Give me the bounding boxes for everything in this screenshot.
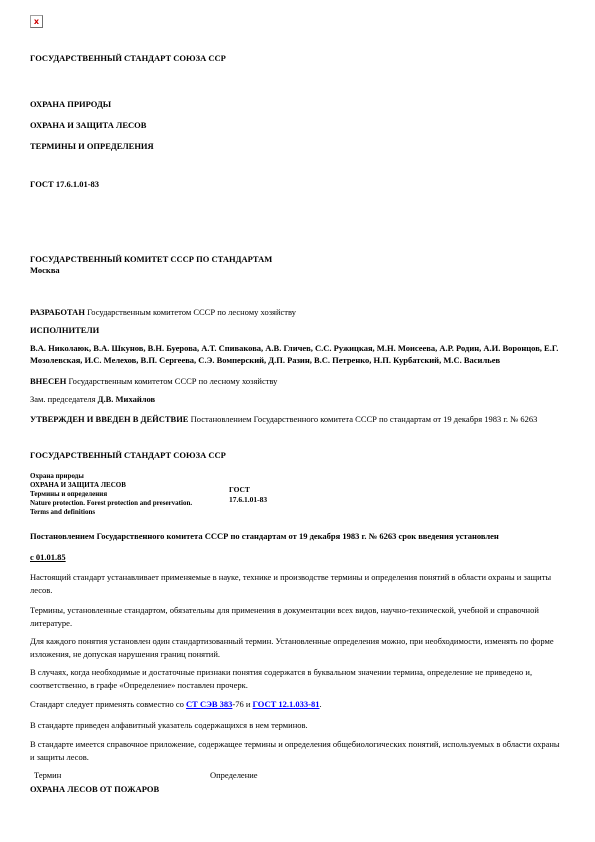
standard-title: ГОСУДАРСТВЕННЫЙ СТАНДАРТ СОЮЗА ССР xyxy=(30,52,565,65)
broken-image-x-glyph: x xyxy=(34,15,39,28)
apply-prefix: Стандарт следует применять совместно со xyxy=(30,699,186,709)
submitted-line: ВНЕСЕН Государственным комитетом СССР по… xyxy=(30,375,565,388)
fire-protection-section-header: ОХРАНА ЛЕСОВ ОТ ПОЖАРОВ xyxy=(30,783,565,796)
apply-mid: -76 и xyxy=(232,699,252,709)
table-header-term: Термин xyxy=(30,769,210,782)
deputy-chairman-line: Зам. председателя Д.В. Михайлов xyxy=(30,393,565,406)
approved-keyword: УТВЕРЖДЕН И ВВЕДЕН В ДЕЙСТВИЕ xyxy=(30,414,188,424)
committee-name: ГОСУДАРСТВЕННЫЙ КОМИТЕТ СССР ПО СТАНДАРТ… xyxy=(30,254,565,265)
table-header-definition: Определение xyxy=(210,769,258,782)
approved-line: УТВЕРЖДЕН И ВВЕДЕН В ДЕЙСТВИЕ Постановле… xyxy=(30,413,565,425)
standard-title-repeat: ГОСУДАРСТВЕННЫЙ СТАНДАРТ СОЮЗА ССР xyxy=(30,449,565,462)
developed-line: РАЗРАБОТАН Государственным комитетом ССС… xyxy=(30,306,565,319)
paragraph-scope: Настоящий стандарт устанавливает применя… xyxy=(30,571,565,597)
link-st-sev[interactable]: СТ СЭВ 383 xyxy=(186,699,232,709)
apply-suffix: . xyxy=(319,699,321,709)
submitted-keyword: ВНЕСЕН xyxy=(30,376,66,386)
alphabet-index-note: В стандарте приведен алфавитный указател… xyxy=(30,719,565,732)
paragraph-single-term: Для каждого понятия установлен один стан… xyxy=(30,635,565,661)
link-gost-12-1-033[interactable]: ГОСТ 12.1.033-81 xyxy=(253,699,320,709)
title-block-gost: ГОСТ 17.6.1.01-83 xyxy=(229,485,267,505)
title-line-ru-small: Охрана природы xyxy=(30,472,229,481)
title-line-ru-caps: ОХРАНА И ЗАЩИТА ЛЕСОВ xyxy=(30,481,229,490)
terms-heading: ТЕРМИНЫ И ОПРЕДЕЛЕНИЯ xyxy=(30,140,565,153)
deputy-name: Д.В. Михайлов xyxy=(98,394,156,404)
executors-names: В.А. Николаюк, В.А. Шкунов, В.Н. Буерова… xyxy=(30,342,565,366)
paragraph-dash-rule: В случаях, когда необходимые и достаточн… xyxy=(30,666,565,692)
paragraph-mandatory: Термины, установленные стандартом, обяза… xyxy=(30,604,565,630)
title-block-left: Охрана природы ОХРАНА И ЗАЩИТА ЛЕСОВ Тер… xyxy=(30,472,229,517)
title-line-en-terms: Terms and definitions xyxy=(30,508,229,517)
gost-label: ГОСТ xyxy=(229,485,267,495)
deputy-label: Зам. председателя xyxy=(30,394,98,404)
document-page: x ГОСУДАРСТВЕННЫЙ СТАНДАРТ СОЮЗА ССР ОХР… xyxy=(0,0,595,842)
developed-keyword: РАЗРАБОТАН xyxy=(30,307,85,317)
title-block: Охрана природы ОХРАНА И ЗАЩИТА ЛЕСОВ Тер… xyxy=(30,472,565,517)
committee-city: Москва xyxy=(30,265,565,276)
developed-text: Государственным комитетом СССР по лесном… xyxy=(85,307,296,317)
apply-sentence: Стандарт следует применять совместно со … xyxy=(30,698,565,711)
title-line-ru-terms: Термины и определения xyxy=(30,490,229,499)
committee-block: ГОСУДАРСТВЕННЫЙ КОМИТЕТ СССР ПО СТАНДАРТ… xyxy=(30,254,565,276)
enactment-line: Постановлением Государственного комитета… xyxy=(30,530,565,543)
enactment-date: с 01.01.85 xyxy=(30,551,565,564)
title-line-en: Nature protection. Forest protection and… xyxy=(30,499,229,508)
table-header-row: Термин Определение xyxy=(30,769,565,782)
section-heading: ОХРАНА И ЗАЩИТА ЛЕСОВ xyxy=(30,119,565,132)
gost-code: 17.6.1.01-83 xyxy=(229,495,267,505)
subject-heading: ОХРАНА ПРИРОДЫ xyxy=(30,98,565,111)
broken-image-icon: x xyxy=(30,15,43,28)
appendix-note: В стандарте имеется справочное приложени… xyxy=(30,738,565,764)
approved-text: Постановлением Государственного комитета… xyxy=(188,414,537,424)
submitted-text: Государственным комитетом СССР по лесном… xyxy=(66,376,277,386)
executors-label: ИСПОЛНИТЕЛИ xyxy=(30,324,565,337)
gost-number: ГОСТ 17.6.1.01-83 xyxy=(30,178,565,191)
